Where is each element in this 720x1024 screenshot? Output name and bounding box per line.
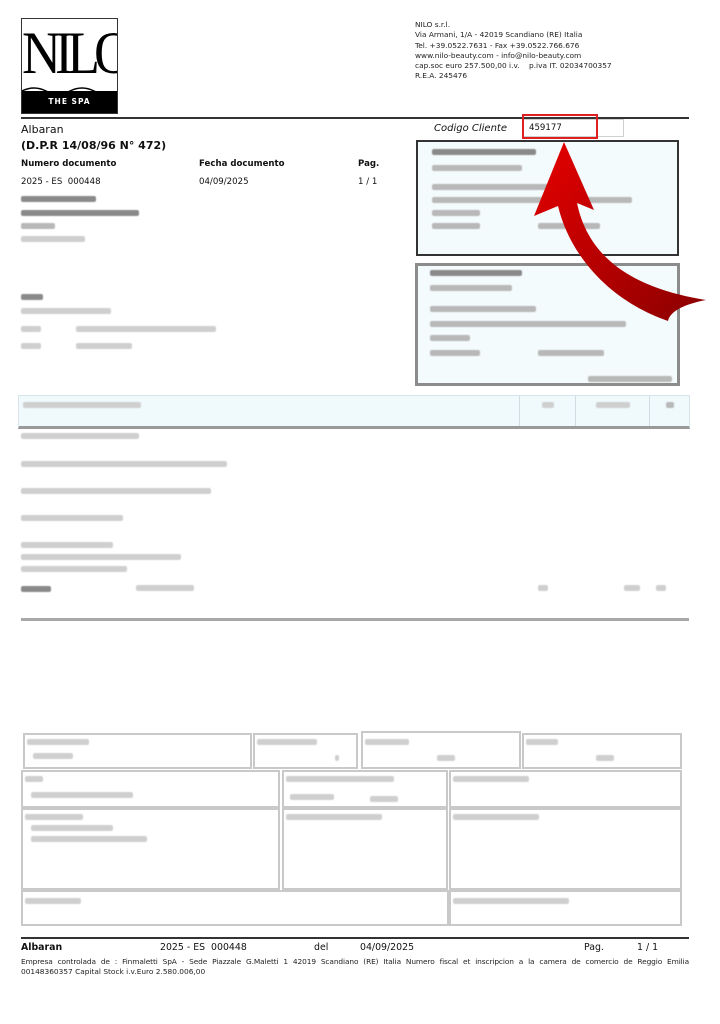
document-type: Albaran <box>21 123 64 136</box>
form-cell-driver-signature <box>282 808 448 890</box>
items-table-end-divider <box>21 618 689 621</box>
form-cell-notes <box>21 890 449 926</box>
curved-arrow-icon <box>530 136 720 331</box>
form-cell-net-weight <box>361 731 521 769</box>
company-address: Via Armani, 1/A - 42019 Scandiano (RE) I… <box>415 30 612 40</box>
form-cell-transporter-signature-1 <box>449 808 682 890</box>
company-capital-vat: cap.soc euro 257.500,00 i.v. p.iva IT. 0… <box>415 61 612 71</box>
document-page-label: Pag. <box>358 159 379 169</box>
footer-page-label: Pag. <box>584 942 604 953</box>
company-web-email: www.nilo-beauty.com - info@nilo-beauty.c… <box>415 51 612 61</box>
footer-document-number: 2025 - ES 000448 <box>160 942 247 953</box>
document-date-label: Fecha documento <box>199 159 285 169</box>
contact-info-redacted <box>21 294 221 354</box>
footer-del-label: del <box>314 942 328 953</box>
footer-divider <box>21 937 689 939</box>
items-table-header <box>18 395 690 429</box>
form-cell-carrier-signature <box>449 770 682 808</box>
form-cell-transport-date <box>282 770 448 808</box>
footer-legal-note: Empresa controlada de : Finmaletti SpA -… <box>21 957 689 977</box>
client-code-label: Codigo Cliente <box>434 123 507 134</box>
document-page: 1 / 1 <box>358 177 377 187</box>
form-cell-packages <box>253 733 358 769</box>
form-cell-recipient-signature <box>449 890 682 926</box>
footer-page: 1 / 1 <box>637 942 658 953</box>
document-number: 2025 - ES 000448 <box>21 177 101 187</box>
logo-tagline: THE SPA INDUSTRY <box>22 91 117 113</box>
logo-brand: NILO <box>22 18 117 89</box>
form-cell-aspect <box>23 733 252 769</box>
form-cell-gross-weight <box>522 733 682 769</box>
document-number-label: Numero documento <box>21 159 116 169</box>
company-info: NILO s.r.l. Via Armani, 1/A - 42019 Scan… <box>415 20 612 82</box>
company-phone-fax: Tel. +39.0522.7631 - Fax +39.0522.766.67… <box>415 41 612 51</box>
form-cell-transporter-1 <box>21 808 280 890</box>
item-details-redacted <box>21 433 701 603</box>
document-date: 04/09/2025 <box>199 177 249 187</box>
footer-legal-line-1: Empresa controlada de : Finmaletti SpA -… <box>21 957 689 967</box>
form-cell-carrier <box>21 770 280 808</box>
company-rea: R.E.A. 245476 <box>415 71 612 81</box>
footer-document-type: Albaran <box>21 942 62 953</box>
transport-info-redacted <box>21 196 161 246</box>
company-logo: NILO THE SPA INDUSTRY <box>21 18 118 114</box>
company-name: NILO s.r.l. <box>415 20 612 30</box>
footer-legal-line-2: 00148360357 Capital Stock i.v.Euro 2.580… <box>21 967 689 977</box>
footer-date: 04/09/2025 <box>360 942 414 953</box>
document-regulation: (D.P.R 14/08/96 N° 472) <box>21 139 166 152</box>
